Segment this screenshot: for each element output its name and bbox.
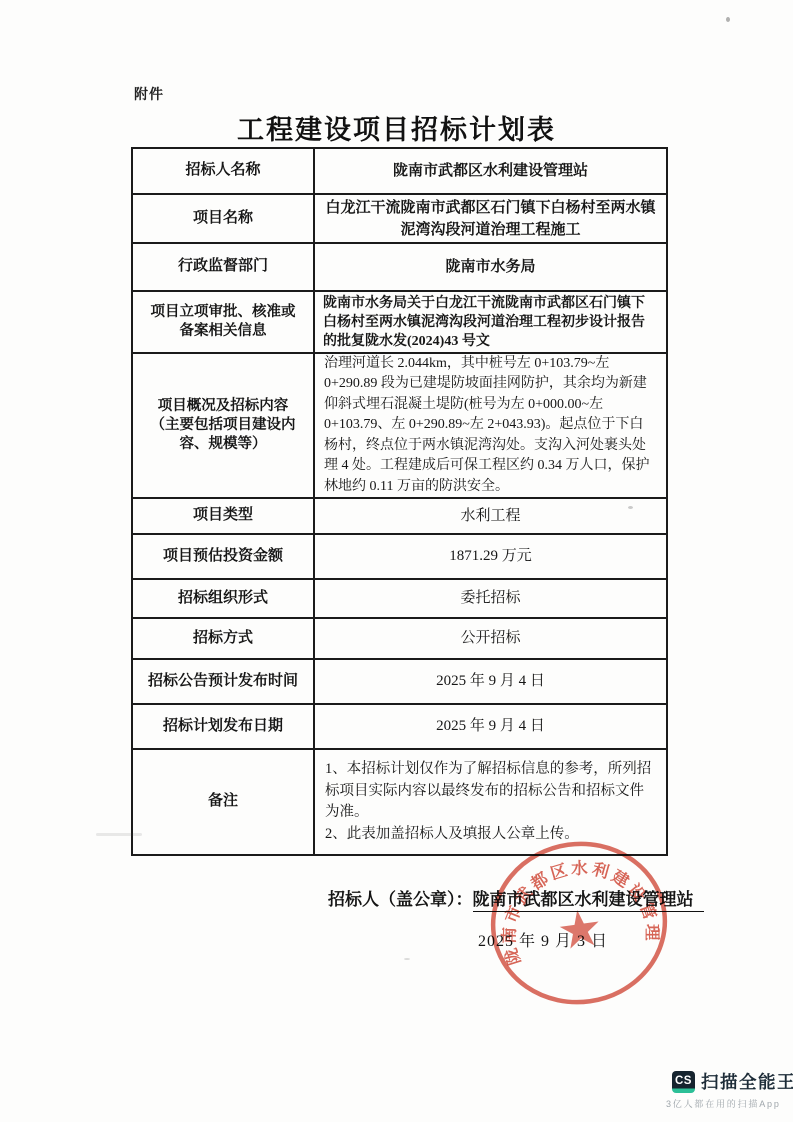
row-value: 陇南市水务局 — [315, 244, 666, 290]
page-title: 工程建设项目招标计划表 — [0, 108, 793, 147]
official-red-seal: 陇南市武都区水利建设管理站 — [476, 828, 681, 1018]
row-value: 公开招标 — [315, 619, 666, 658]
table-row-project-overview: 项目概况及招标内容（主要包括项目建设内容、规模等） 治理河道长 2.044km，… — [133, 354, 666, 499]
row-label: 招标组织形式 — [133, 580, 315, 617]
camscanner-logo-text: CS — [672, 1075, 695, 1087]
row-label: 招标人名称 — [133, 149, 315, 193]
row-label: 项目预估投资金额 — [133, 535, 315, 578]
row-value: 2025 年 9 月 4 日 — [315, 705, 666, 748]
row-label: 项目概况及招标内容（主要包括项目建设内容、规模等） — [133, 354, 315, 497]
signer-name: 陇南市武都区水利建设管理站 — [473, 890, 704, 912]
table-row-plan-publish-date: 招标计划发布日期 2025 年 9 月 4 日 — [133, 705, 666, 750]
camscanner-app-name: 扫描全能王™ — [701, 1069, 793, 1094]
row-value: 2025 年 9 月 4 日 — [315, 660, 666, 703]
bidding-plan-table: 招标人名称 陇南市武都区水利建设管理站 项目名称 白龙江干流陇南市武都区石门镇下… — [131, 147, 668, 856]
app-name-text: 扫描全能王 — [701, 1072, 793, 1092]
row-label: 行政监督部门 — [133, 244, 315, 290]
row-label: 招标方式 — [133, 619, 315, 658]
seal-circle — [483, 833, 675, 1013]
table-row-remarks: 备注 1、本招标计划仅作为了解招标信息的参考，所列招标项目实际内容以最终发布的招… — [133, 750, 666, 854]
table-row-organization-form: 招标组织形式 委托招标 — [133, 580, 666, 619]
table-row-estimated-investment: 项目预估投资金额 1871.29 万元 — [133, 535, 666, 580]
scan-speck — [404, 958, 410, 960]
scan-speck — [628, 506, 633, 509]
table-row-project-type: 项目类型 水利工程 — [133, 499, 666, 535]
row-value: 1、本招标计划仅作为了解招标信息的参考，所列招标项目实际内容以最终发布的招标公告… — [315, 750, 666, 854]
row-label: 招标计划发布日期 — [133, 705, 315, 748]
row-label: 项目类型 — [133, 499, 315, 533]
table-row-project-name: 项目名称 白龙江干流陇南市武都区石门镇下白杨村至两水镇泥湾沟段河道治理工程施工 — [133, 195, 666, 244]
signature-date: 2025 年 9 月 3 日 — [478, 928, 608, 951]
row-label: 项目立项审批、核准或备案相关信息 — [133, 292, 315, 352]
row-label: 项目名称 — [133, 195, 315, 242]
table-row-announcement-date: 招标公告预计发布时间 2025 年 9 月 4 日 — [133, 660, 666, 705]
scan-smudge — [96, 833, 142, 836]
scanned-document-page: 附件 工程建设项目招标计划表 招标人名称 陇南市武都区水利建设管理站 项目名称 … — [0, 0, 793, 1122]
row-label: 备注 — [133, 750, 315, 854]
row-value: 陇南市水务局关于白龙江干流陇南市武都区石门镇下白杨村至两水镇泥湾沟段河道治理工程… — [315, 292, 666, 352]
camscanner-logo-icon: CS — [672, 1071, 695, 1093]
table-row-bidding-method: 招标方式 公开招标 — [133, 619, 666, 660]
signer-line: 招标人（盖公章）：陇南市武都区水利建设管理站 — [328, 885, 704, 910]
row-value: 治理河道长 2.044km，其中桩号左 0+103.79~左 0+290.89 … — [315, 354, 666, 497]
attachment-label: 附件 — [134, 84, 164, 104]
scan-speck — [726, 17, 730, 22]
camscanner-tagline: 3亿人都在用的扫描App — [666, 1097, 781, 1110]
row-value: 委托招标 — [315, 580, 666, 617]
row-value: 陇南市武都区水利建设管理站 — [315, 149, 666, 193]
table-row-supervising-authority: 行政监督部门 陇南市水务局 — [133, 244, 666, 292]
row-label: 招标公告预计发布时间 — [133, 660, 315, 703]
row-value: 白龙江干流陇南市武都区石门镇下白杨村至两水镇泥湾沟段河道治理工程施工 — [315, 195, 666, 242]
table-row-approval-info: 项目立项审批、核准或备案相关信息 陇南市水务局关于白龙江干流陇南市武都区石门镇下… — [133, 292, 666, 354]
signer-prefix: 招标人（盖公章）： — [328, 890, 473, 909]
table-row-tenderer-name: 招标人名称 陇南市武都区水利建设管理站 — [133, 149, 666, 195]
row-value: 1871.29 万元 — [315, 535, 666, 578]
row-value: 水利工程 — [315, 499, 666, 533]
